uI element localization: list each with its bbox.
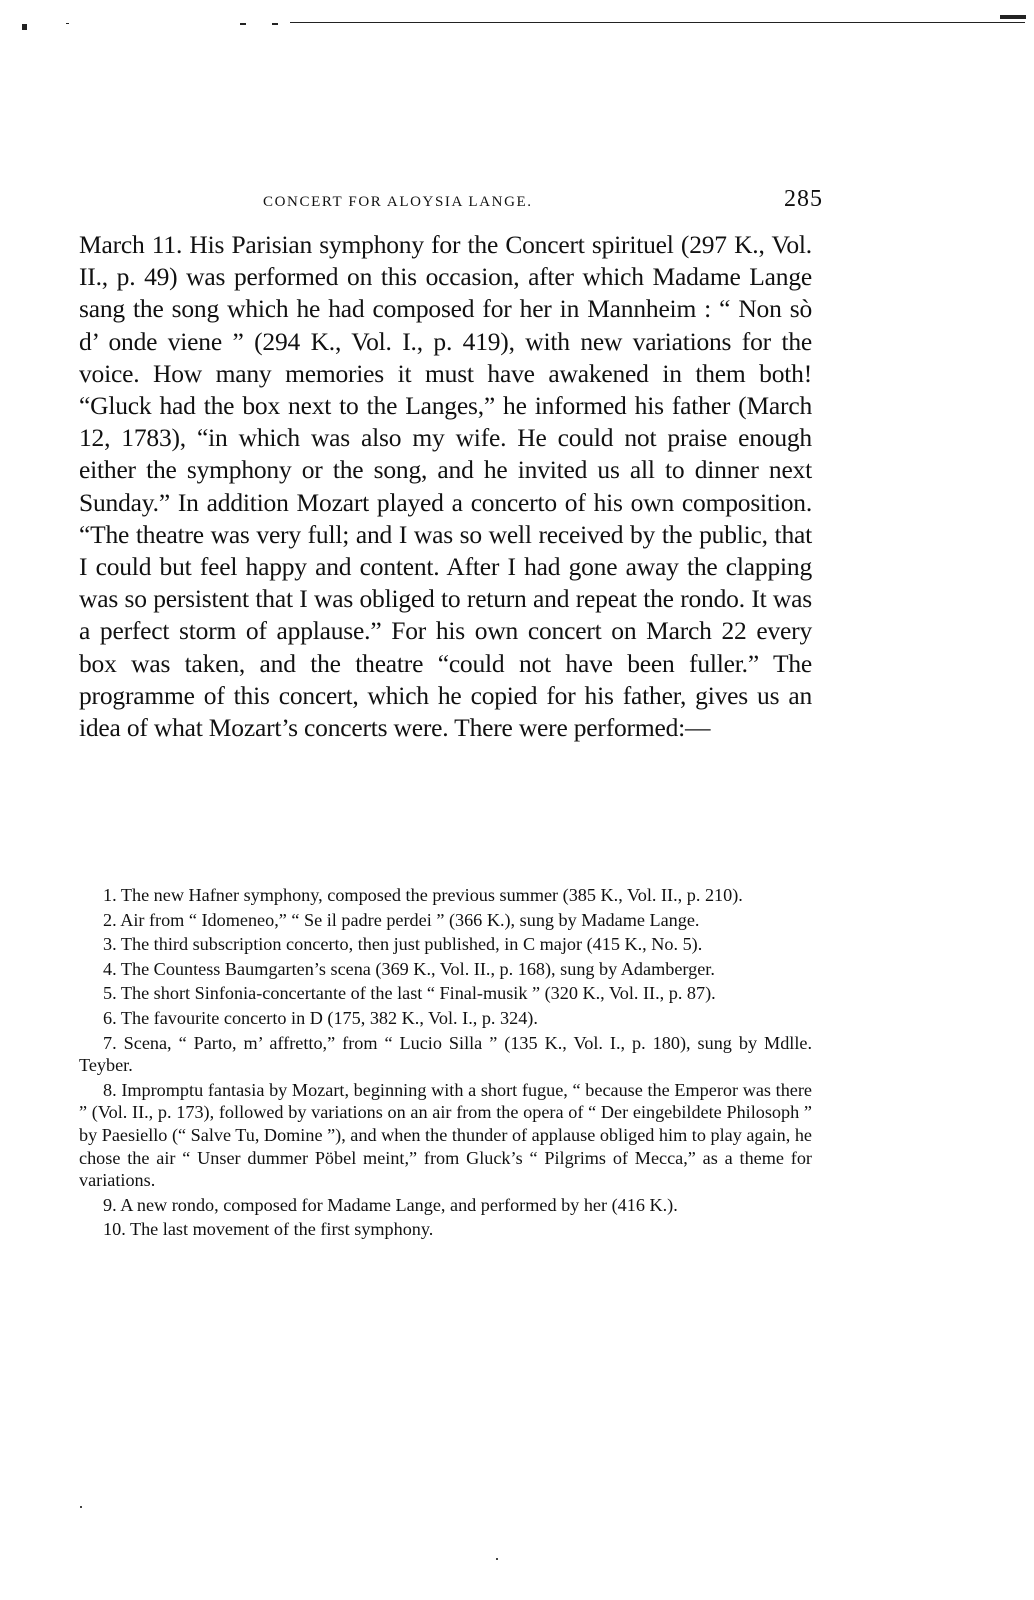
scan-speck — [66, 23, 69, 24]
programme-item: 9. A new rondo, composed for Madame Lang… — [79, 1194, 812, 1217]
programme-item: 4. The Countess Baumgarten’s scena (369 … — [79, 958, 812, 981]
concert-programme-list: 1. The new Hafner symphony, composed the… — [79, 884, 812, 1243]
item-text: The last movement of the first symphony. — [130, 1219, 433, 1239]
item-number: 9. — [103, 1195, 117, 1215]
programme-item: 6. The favourite concerto in D (175, 382… — [79, 1007, 812, 1030]
item-number: 6. — [103, 1008, 117, 1028]
scan-speck — [240, 23, 246, 25]
item-number: 10. — [103, 1219, 126, 1239]
scan-speck — [496, 1558, 498, 1560]
item-text: The short Sinfonia-concertante of the la… — [121, 983, 716, 1003]
item-number: 2. — [103, 910, 117, 930]
item-number: 4. — [103, 959, 117, 979]
item-text: A new rondo, composed for Madame Lange, … — [120, 1195, 678, 1215]
item-text: The Countess Baumgarten’s scena (369 K.,… — [121, 959, 715, 979]
item-text: Air from “ Idomeneo,” “ Se il padre perd… — [120, 910, 699, 930]
running-head: CONCERT FOR ALOYSIA LANGE. 285 — [263, 186, 823, 213]
item-text: Impromptu fantasia by Mozart, beginning … — [79, 1080, 812, 1190]
programme-item: 3. The third subscription concerto, then… — [79, 933, 812, 956]
page-number: 285 — [784, 186, 823, 213]
scan-speck — [80, 1506, 82, 1508]
item-text: The favourite concerto in D (175, 382 K.… — [121, 1008, 538, 1028]
scan-rule-line — [290, 22, 1025, 23]
programme-item: 5. The short Sinfonia-concertante of the… — [79, 982, 812, 1005]
item-number: 7. — [103, 1033, 117, 1053]
programme-item: 10. The last movement of the first symph… — [79, 1218, 812, 1241]
item-number: 3. — [103, 934, 117, 954]
item-number: 8. — [103, 1080, 117, 1100]
item-text: The new Hafner symphony, composed the pr… — [121, 885, 743, 905]
item-number: 5. — [103, 983, 117, 1003]
scan-speck — [1000, 15, 1026, 19]
item-number: 1. — [103, 885, 117, 905]
body-paragraph: March 11. His Parisian symphony for the … — [79, 229, 812, 744]
programme-item: 2. Air from “ Idomeneo,” “ Se il padre p… — [79, 909, 812, 932]
scan-edge-artifacts — [0, 0, 1034, 40]
scan-speck — [22, 24, 27, 30]
programme-item: 7. Scena, “ Parto, m’ affretto,” from “ … — [79, 1032, 812, 1077]
scan-speck — [272, 23, 278, 25]
programme-item: 8. Impromptu fantasia by Mozart, beginni… — [79, 1079, 812, 1192]
item-text: Scena, “ Parto, m’ affretto,” from “ Luc… — [79, 1033, 812, 1076]
item-text: The third subscription concerto, then ju… — [121, 934, 702, 954]
programme-item: 1. The new Hafner symphony, composed the… — [79, 884, 812, 907]
running-title: CONCERT FOR ALOYSIA LANGE. — [263, 194, 533, 211]
